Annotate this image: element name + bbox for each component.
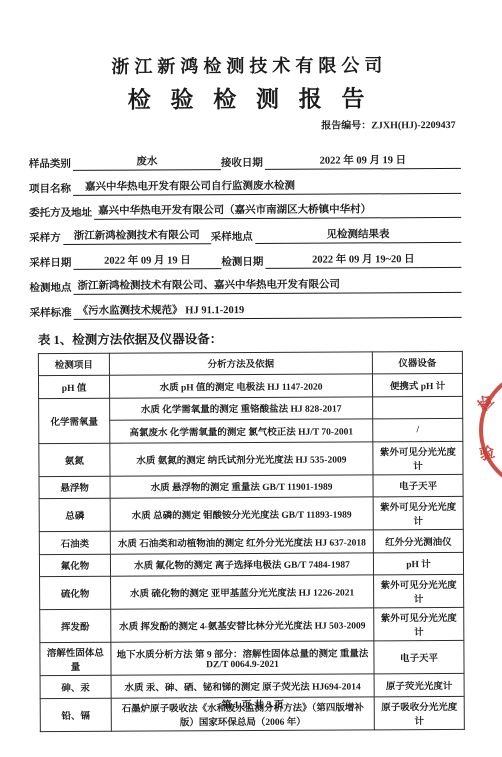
table-row: 石油类 水质 石油类和动植物油的测定 红外分光光度法 HJ 637-2018 红…: [39, 529, 463, 554]
method-cell: 水质 硫化物的测定 亚甲基蓝分光光度法 HJ 1226-2021: [111, 575, 374, 609]
instrument-cell: 原子荧光光度计: [374, 673, 464, 696]
sample-category-label: 样品类别: [29, 156, 73, 171]
test-item-cell: pH 值: [38, 375, 109, 398]
sampling-site-label: 采样地点: [211, 229, 255, 244]
instrument-cell: 便携式 pH 计: [372, 373, 462, 396]
table-header-row: 检测项目 分析方法及依据 仪器设备: [38, 351, 462, 376]
report-title: 检 验 检 测 报 告: [0, 80, 501, 116]
method-cell: 水质 石油类和动植物油的测定 红外分光光度法 HJ 637-2018: [110, 530, 373, 554]
page-footer: 第 1 页 共 3 页: [2, 695, 502, 713]
sampling-site-value: 见检测结果表: [255, 226, 462, 244]
header-instrument: 仪器设备: [372, 351, 462, 374]
instrument-cell: /: [373, 418, 463, 441]
field-row-sampling-standard: 采样标准 《污水监测技术规范》 HJ 91.1-2019: [30, 293, 462, 320]
method-table-section: 表 1、检测方法依据及仪器设备： 检测项目 分析方法及依据 仪器设备 pH 值 …: [38, 327, 502, 731]
test-item-cell: 硫化物: [40, 576, 111, 609]
table-row: 化学需氧量 水质 化学需氧量的测定 重铬酸盐法 HJ 828-2017: [39, 396, 463, 421]
test-date-label: 检测日期: [221, 254, 265, 269]
test-item-cell: 砷、汞: [40, 675, 111, 698]
method-cell: 水质 总磷的测定 钼酸铵分光光度法 GB/T 11893-1989: [110, 497, 373, 531]
company-name: 浙江新鸿检测技术有限公司: [0, 51, 500, 80]
method-cell: 水质 pH 值的测定 电极法 HJ 1147-2020: [109, 374, 372, 398]
table-row: 悬浮物 水质 悬浮物的测定 重量法 GB/T 11901-1989 电子天平: [39, 474, 463, 499]
field-row-client: 委托方及地址 嘉兴中华热电开发有限公司（嘉兴市南湖区大桥镇中华村）: [29, 193, 461, 220]
report-number-value: ZJXH(HJ)-2209437: [371, 120, 456, 131]
method-cell: 高氯废水 化学需氧量的测定 氯气校正法 HJ/T 70-2001: [110, 419, 373, 443]
table-title: 表 1、检测方法依据及仪器设备：: [38, 327, 502, 347]
method-table: 检测项目 分析方法及依据 仪器设备 pH 值 水质 pH 值的测定 电极法 HJ…: [38, 350, 465, 731]
method-cell: 水质 挥发酚的测定 4-氨基安替比林分光光度法 HJ 503-2009: [111, 608, 374, 642]
method-cell: 水质 氨氮的测定 纳氏试剂分光光度法 HJ 535-2009: [110, 441, 373, 475]
field-row-sample-category: 样品类别 废水 接收日期 2022 年 09 月 19 日: [29, 144, 461, 171]
table-row: pH 值 水质 pH 值的测定 电极法 HJ 1147-2020 便携式 pH …: [38, 373, 462, 398]
table-row: 氟化物 水质 氟化物的测定 离子选择电极法 GB/T 7484-1987 pH …: [39, 552, 463, 577]
sampling-standard-label: 采样标准: [30, 305, 74, 320]
method-cell: 水质 汞、砷、硒、铋和锑的测定 原子荧光法 HJ694-2014: [111, 674, 374, 698]
method-cell: 水质 化学需氧量的测定 重铬酸盐法 HJ 828-2017: [110, 396, 373, 420]
header-method: 分析方法及依据: [109, 351, 372, 375]
table-row: 总磷 水质 总磷的测定 钼酸铵分光光度法 GB/T 11893-1989 紫外可…: [39, 496, 463, 531]
report-number-label: 报告编号：: [321, 120, 371, 131]
field-row-test-site: 检测地点 浙江新鸿检测技术有限公司、嘉兴中华热电开发有限公司: [29, 268, 461, 295]
sampler-label: 采样方: [29, 230, 63, 245]
client-value: 嘉兴中华热电开发有限公司（嘉兴市南湖区大桥镇中华村）: [94, 201, 461, 220]
test-item-cell: 化学需氧量: [39, 398, 110, 443]
receive-date-value: 2022 年 09 月 19 日: [265, 152, 461, 170]
method-cell: 地下水质分析方法 第 9 部分：溶解性固体总量的测定 重量法 DZ/T 0064…: [111, 641, 374, 675]
test-item-cell: 石油类: [39, 531, 110, 554]
test-item-cell: 氟化物: [39, 554, 110, 577]
field-row-sampler: 采样方 浙江新鸿检测技术有限公司 采样地点 见检测结果表: [29, 218, 461, 245]
instrument-cell: 紫外可见分光光度计: [374, 607, 464, 640]
report-header: 浙江新鸿检测技术有限公司 检 验 检 测 报 告 报告编号：ZJXH(HJ)-2…: [0, 0, 501, 133]
test-site-label: 检测地点: [29, 280, 73, 295]
test-item-cell: 挥发酚: [40, 609, 111, 642]
field-row-project-name: 项目名称 嘉兴中华热电开发有限公司自行监测废水检测: [29, 169, 461, 196]
method-cell: 水质 悬浮物的测定 重量法 GB/T 11901-1989: [110, 474, 373, 498]
test-item-cell: 悬浮物: [39, 476, 110, 499]
instrument-cell: 电子天平: [374, 640, 464, 673]
instrument-cell: [373, 396, 463, 419]
sampling-standard-value: 《污水监测技术规范》 HJ 91.1-2019: [74, 300, 462, 319]
instrument-cell: 紫外可见分光光度计: [373, 441, 463, 474]
field-row-sampling-date: 采样日期 2022 年 09 月 19 日 检测日期 2022 年 09 月 1…: [29, 243, 461, 270]
report-number: 报告编号：ZJXH(HJ)-2209437: [0, 116, 456, 133]
instrument-cell: 紫外可见分光光度计: [374, 574, 464, 607]
report-page: 浙江新鸿检测技术有限公司 检 验 检 测 报 告 报告编号：ZJXH(HJ)-2…: [0, 0, 502, 757]
table-row: 挥发酚 水质 挥发酚的测定 4-氨基安替比林分光光度法 HJ 503-2009 …: [40, 607, 464, 642]
instrument-cell: 红外分光测油仪: [373, 529, 463, 552]
table-row: 溶解性固体总量 地下水质分析方法 第 9 部分：溶解性固体总量的测定 重量法 D…: [40, 640, 464, 675]
test-item-cell: 溶解性固体总量: [40, 642, 111, 675]
test-item-cell: 总磷: [39, 498, 110, 531]
method-cell: 水质 氟化物的测定 离子选择电极法 GB/T 7484-1987: [110, 552, 373, 576]
header-test-item: 检测项目: [38, 353, 109, 376]
project-name-label: 项目名称: [29, 181, 73, 196]
test-site-value: 浙江新鸿检测技术有限公司、嘉兴中华热电开发有限公司: [73, 276, 461, 295]
test-item-cell: 氨氮: [39, 443, 110, 476]
project-name-value: 嘉兴中华热电开发有限公司自行监测废水检测: [73, 176, 461, 195]
client-label: 委托方及地址: [29, 205, 94, 220]
table-row: 氨氮 水质 氨氮的测定 纳氏试剂分光光度法 HJ 535-2009 紫外可见分光…: [39, 441, 463, 476]
test-date-value: 2022 年 09 月 19~20 日: [265, 251, 461, 269]
instrument-cell: pH 计: [373, 552, 463, 575]
sample-info-section: 样品类别 废水 接收日期 2022 年 09 月 19 日 项目名称 嘉兴中华热…: [29, 144, 462, 320]
receive-date-label: 接收日期: [221, 155, 265, 170]
sample-category-value: 废水: [73, 153, 221, 171]
sampler-value: 浙江新鸿检测技术有限公司: [63, 227, 211, 245]
instrument-cell: 电子天平: [373, 474, 463, 497]
instrument-cell: 紫外可见分光光度计: [373, 496, 463, 529]
sampling-date-label: 采样日期: [29, 255, 73, 270]
table-row: 硫化物 水质 硫化物的测定 亚甲基蓝分光光度法 HJ 1226-2021 紫外可…: [40, 574, 464, 609]
sampling-date-value: 2022 年 09 月 19 日: [73, 252, 221, 270]
